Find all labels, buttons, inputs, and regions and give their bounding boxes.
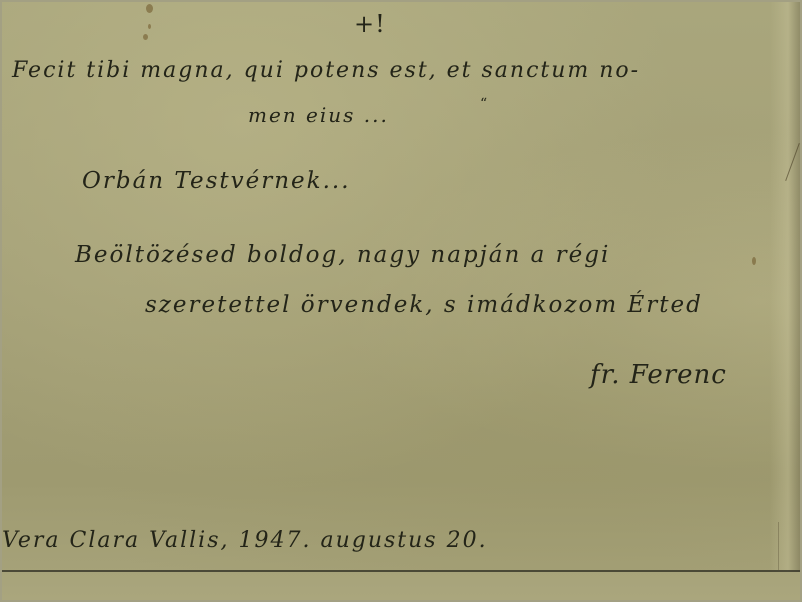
ink-stain <box>146 4 153 13</box>
body-line-1: Beöltözésed boldog, nagy napján a régi <box>75 242 610 268</box>
paper-right-edge <box>770 2 800 600</box>
cross-symbol: +! <box>354 10 386 38</box>
verse-line-2: men eius ... <box>248 103 389 127</box>
place-and-date: Vera Clara Vallis, 1947. augustus 20. <box>2 528 488 553</box>
paper-crease <box>778 522 779 570</box>
ink-stain <box>752 257 756 265</box>
ink-stain <box>148 24 151 29</box>
signature: fr. Ferenc <box>590 360 727 390</box>
paper-bottom-strip <box>2 572 800 600</box>
closing-quote-mark: “ <box>480 96 488 112</box>
ink-stain <box>143 34 148 40</box>
addressee: Orbán Testvérnek... <box>82 168 351 194</box>
verse-line-1: Fecit tibi magna, qui potens est, et san… <box>12 58 640 83</box>
body-line-2: szeretettel örvendek, s imádkozom Érted <box>145 292 703 318</box>
letter-paper: +! Fecit tibi magna, qui potens est, et … <box>2 2 800 600</box>
page-frame: +! Fecit tibi magna, qui potens est, et … <box>0 0 802 602</box>
